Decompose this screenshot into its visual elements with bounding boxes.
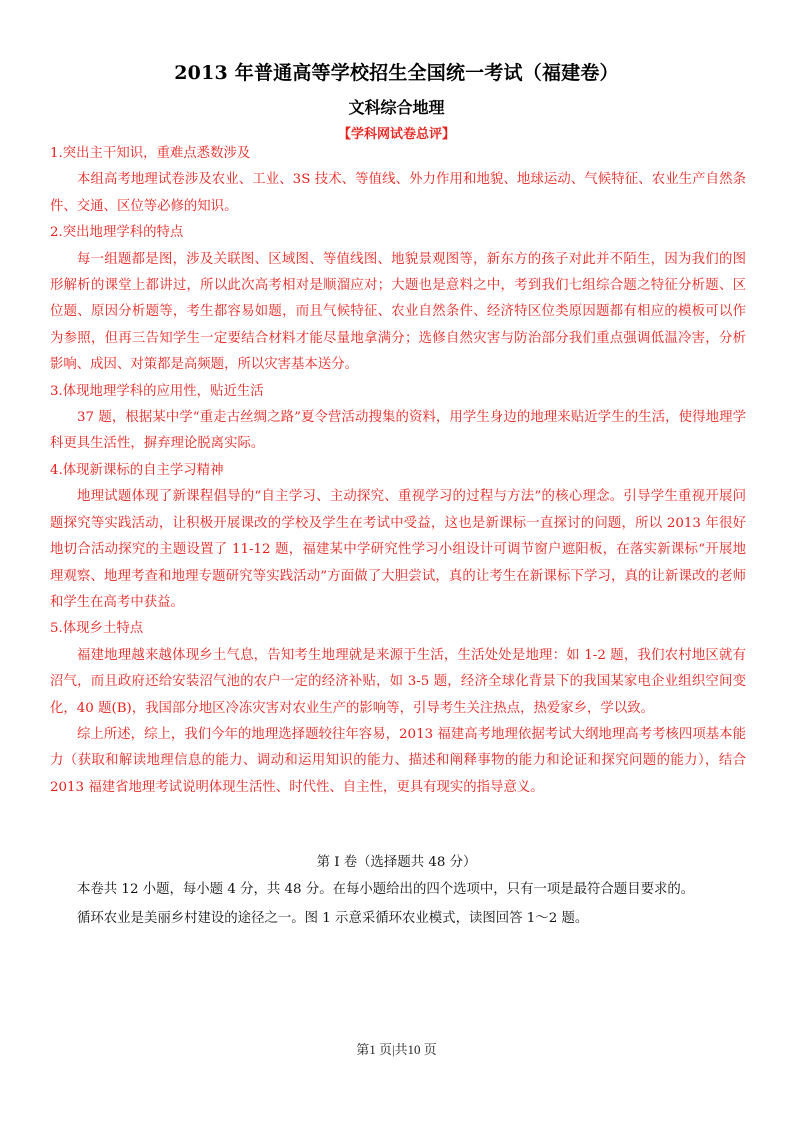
review-summary: 1.突出主干知识，重难点悉数涉及 本组高考地理试卷涉及农业、工业、3S 技术、等… (50, 141, 746, 801)
review-paragraph: 本组高考地理试卷涉及农业、工业、3S 技术、等值线、外力作用和地貌、地球运动、气… (50, 167, 746, 220)
exam-title: 2013 年普通高等学校招生全国统一考试（福建卷） (0, 58, 793, 85)
review-heading-1: 1.突出主干知识，重难点悉数涉及 (50, 141, 746, 167)
review-heading-2: 2.突出地理学科的特点 (50, 220, 746, 246)
page-footer: 第1 页|共10 页 (0, 1039, 793, 1058)
review-heading-3: 3.体现地理学科的应用性，贴近生活 (50, 379, 746, 405)
review-tag: 【学科网试卷总评】 (0, 123, 793, 142)
exam-subtitle: 文科综合地理 (0, 95, 793, 118)
question-intro: 循环农业是美丽乡村建设的途径之一。图 1 示意采循环农业模式，读图回答 1～2 … (50, 904, 750, 933)
section-title: 第 I 卷（选择题共 48 分） (0, 851, 793, 870)
review-paragraph: 37 题，根据某中学“重走古丝绸之路”夏令营活动搜集的资料，用学生身边的地理来贴… (50, 405, 746, 458)
document-page: 2013 年普通高等学校招生全国统一考试（福建卷） 文科综合地理 【学科网试卷总… (0, 0, 793, 1122)
review-paragraph: 福建地理越来越体现乡土气息，告知考生地理就是来源于生活，生活处处是地理：如 1-… (50, 643, 746, 722)
review-conclusion: 综上所述，综上，我们今年的地理选择题较往年容易，2013 福建高考地理依据考试大… (50, 722, 746, 801)
review-heading-4: 4.体现新课标的自主学习精神 (50, 458, 746, 484)
instructions: 本卷共 12 小题，每小题 4 分，共 48 分。在每小题给出的四个选项中，只有… (50, 875, 750, 933)
review-paragraph: 每一组题都是图，涉及关联图、区域图、等值线图、地貌景观图等，新东方的孩子对此并不… (50, 247, 746, 379)
instruction-paragraph: 本卷共 12 小题，每小题 4 分，共 48 分。在每小题给出的四个选项中，只有… (50, 875, 750, 904)
review-heading-5: 5.体现乡土特点 (50, 616, 746, 642)
review-paragraph: 地理试题体现了新课程倡导的“自主学习、主动探究、重视学习的过程与方法”的核心理念… (50, 484, 746, 616)
